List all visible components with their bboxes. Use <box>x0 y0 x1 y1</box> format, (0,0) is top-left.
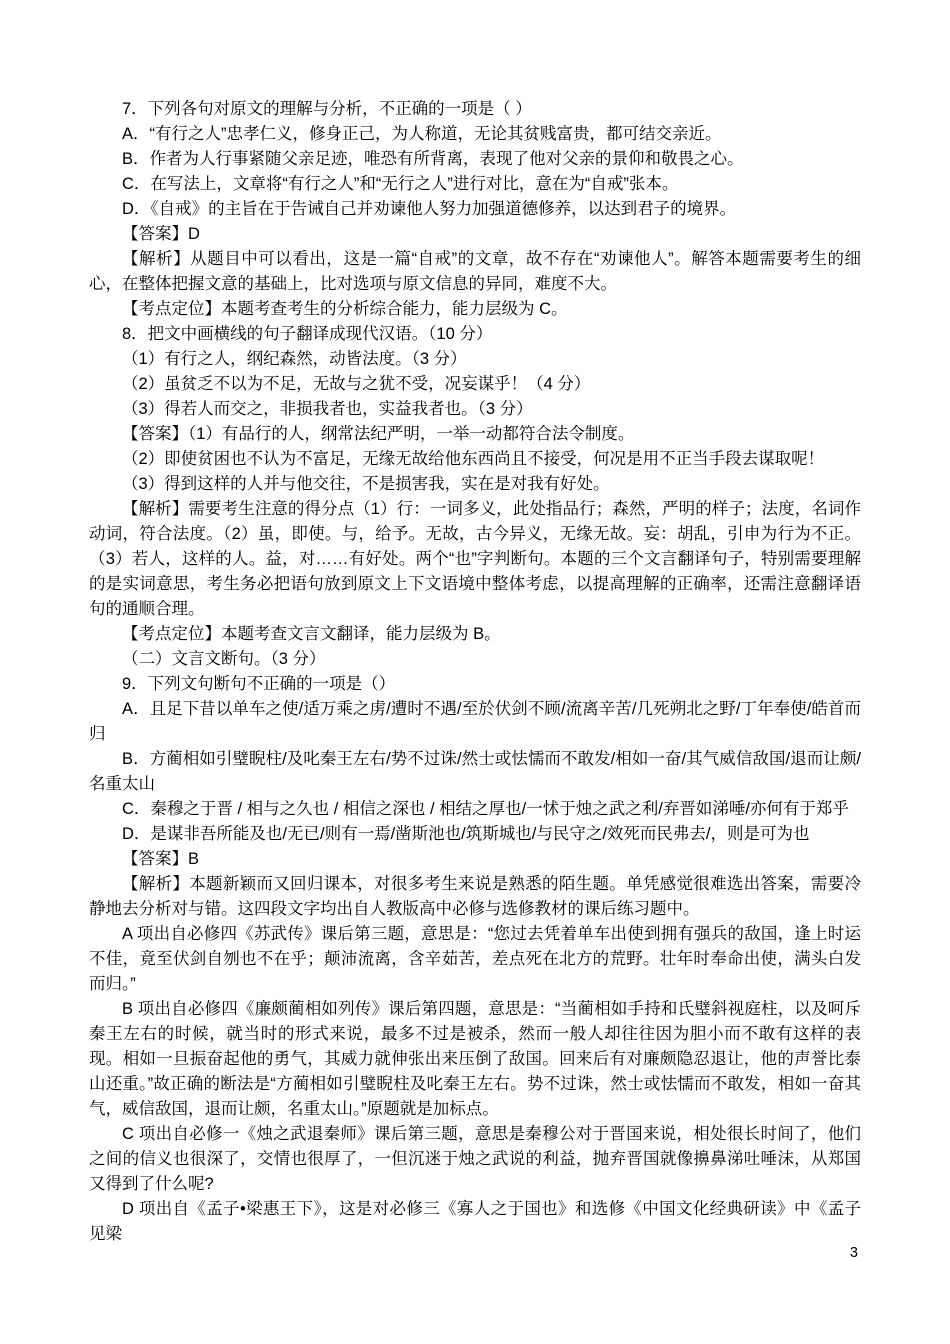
question-7-analysis: 【解析】从题目中可以看出，这是一篇“自戒”的文章，故不存在“劝谏他人”。解答本题… <box>89 247 861 297</box>
question-9-analysis-option-c: C 项出自必修一《烛之武退秦师》课后第三题，意思是秦穆公对于晋国来说，相处很长时… <box>89 1122 861 1197</box>
question-9-option-b: B．方蔺相如引璧睨柱/及叱秦王左右/势不过诛/然士或怯懦而不敢发/相如一奋/其气… <box>89 747 861 797</box>
question-8-answer-1: 【答案】（1）有品行的人，纲常法纪严明，一举一动都符合法令制度。 <box>89 422 861 447</box>
question-9-analysis-option-d: D 项出自《孟子•梁惠王下》，这是对必修三《寡人之于国也》和选修《中国文化经典研… <box>89 1197 861 1247</box>
question-8-sentence-3: （3）得若人而交之，非损我者也，实益我者也。（3 分） <box>89 397 861 422</box>
question-8-exam-point: 【考点定位】本题考查文言文翻译，能力层级为 B。 <box>89 622 861 647</box>
question-9-analysis: 【解析】本题新颖而又回归课本，对很多考生来说是熟悉的陌生题。单凭感觉很难选出答案… <box>89 872 861 922</box>
question-8-answer-3: （3）得到这样的人并与他交往，不是损害我，实在是对我有好处。 <box>89 472 861 497</box>
question-7-exam-point: 【考点定位】本题考查考生的分析综合能力，能力层级为 C。 <box>89 297 861 322</box>
question-9-option-a: A．且足下昔以单车之使/适万乘之虏/遭时不遇/至於伏剑不顾/流离辛苦/几死朔北之… <box>89 697 861 747</box>
question-7-option-a: A．“有行之人”忠孝仁义，修身正己，为人称道，无论其贫贱富贵，都可结交亲近。 <box>89 122 861 147</box>
question-8-sentence-1: （1）有行之人，纲纪森然，动皆法度。（3 分） <box>89 347 861 372</box>
question-8-stem: 8．把文中画横线的句子翻译成现代汉语。（10 分） <box>89 322 861 347</box>
question-8-analysis: 【解析】需要考生注意的得分点（1）行：一词多义，此处指品行；森然，严明的样子；法… <box>89 497 861 622</box>
question-8-sentence-2: （2）虽贫乏不以为不足，无故与之犹不受，况妄谋乎！（4 分） <box>89 372 861 397</box>
page-number: 3 <box>850 1243 858 1263</box>
question-7-stem: 7．下列各句对原文的理解与分析，不正确的一项是（ ） <box>89 97 861 122</box>
section-two-heading: （二）文言文断句。（3 分） <box>89 647 861 672</box>
question-9-option-c: C．秦穆之于晋 / 相与之久也 / 相信之深也 / 相结之厚也/一怵于烛之武之利… <box>89 797 861 822</box>
question-9-analysis-option-b: B 项出自必修四《廉颇蔺相如列传》课后第四题，意思是：“当蔺相如手持和氏璧斜视庭… <box>89 997 861 1122</box>
question-9-answer: 【答案】B <box>89 847 861 872</box>
question-9-option-d: D．是谋非吾所能及也/无已/则有一焉/凿斯池也/筑斯城也/与民守之/效死而民弗去… <box>89 822 861 847</box>
question-9-analysis-option-a: A 项出自必修四《苏武传》课后第三题，意思是：“您过去凭着单车出使到拥有强兵的敌… <box>89 922 861 997</box>
question-7-option-c: C．在写法上，文章将“有行之人”和“无行之人”进行对比，意在为“自戒”张本。 <box>89 172 861 197</box>
question-7-option-d: D．《自戒》的主旨在于告诫自己并劝谏他人努力加强道德修养，以达到君子的境界。 <box>89 197 861 222</box>
document-body: 7．下列各句对原文的理解与分析，不正确的一项是（ ） A．“有行之人”忠孝仁义，… <box>89 97 861 1247</box>
question-8-answer-2: （2）即使贫困也不认为不富足，无缘无故给他东西尚且不接受，何况是用不正当手段去谋… <box>89 447 861 472</box>
question-7-option-b: B．作者为人行事紧随父亲足迹，唯恐有所背离，表现了他对父亲的景仰和敬畏之心。 <box>89 147 861 172</box>
document-page: { "page": { "number": "3" }, "q7": { "st… <box>0 0 950 1344</box>
question-9-stem: 9．下列文句断句不正确的一项是（） <box>89 672 861 697</box>
question-7-answer: 【答案】D <box>89 222 861 247</box>
